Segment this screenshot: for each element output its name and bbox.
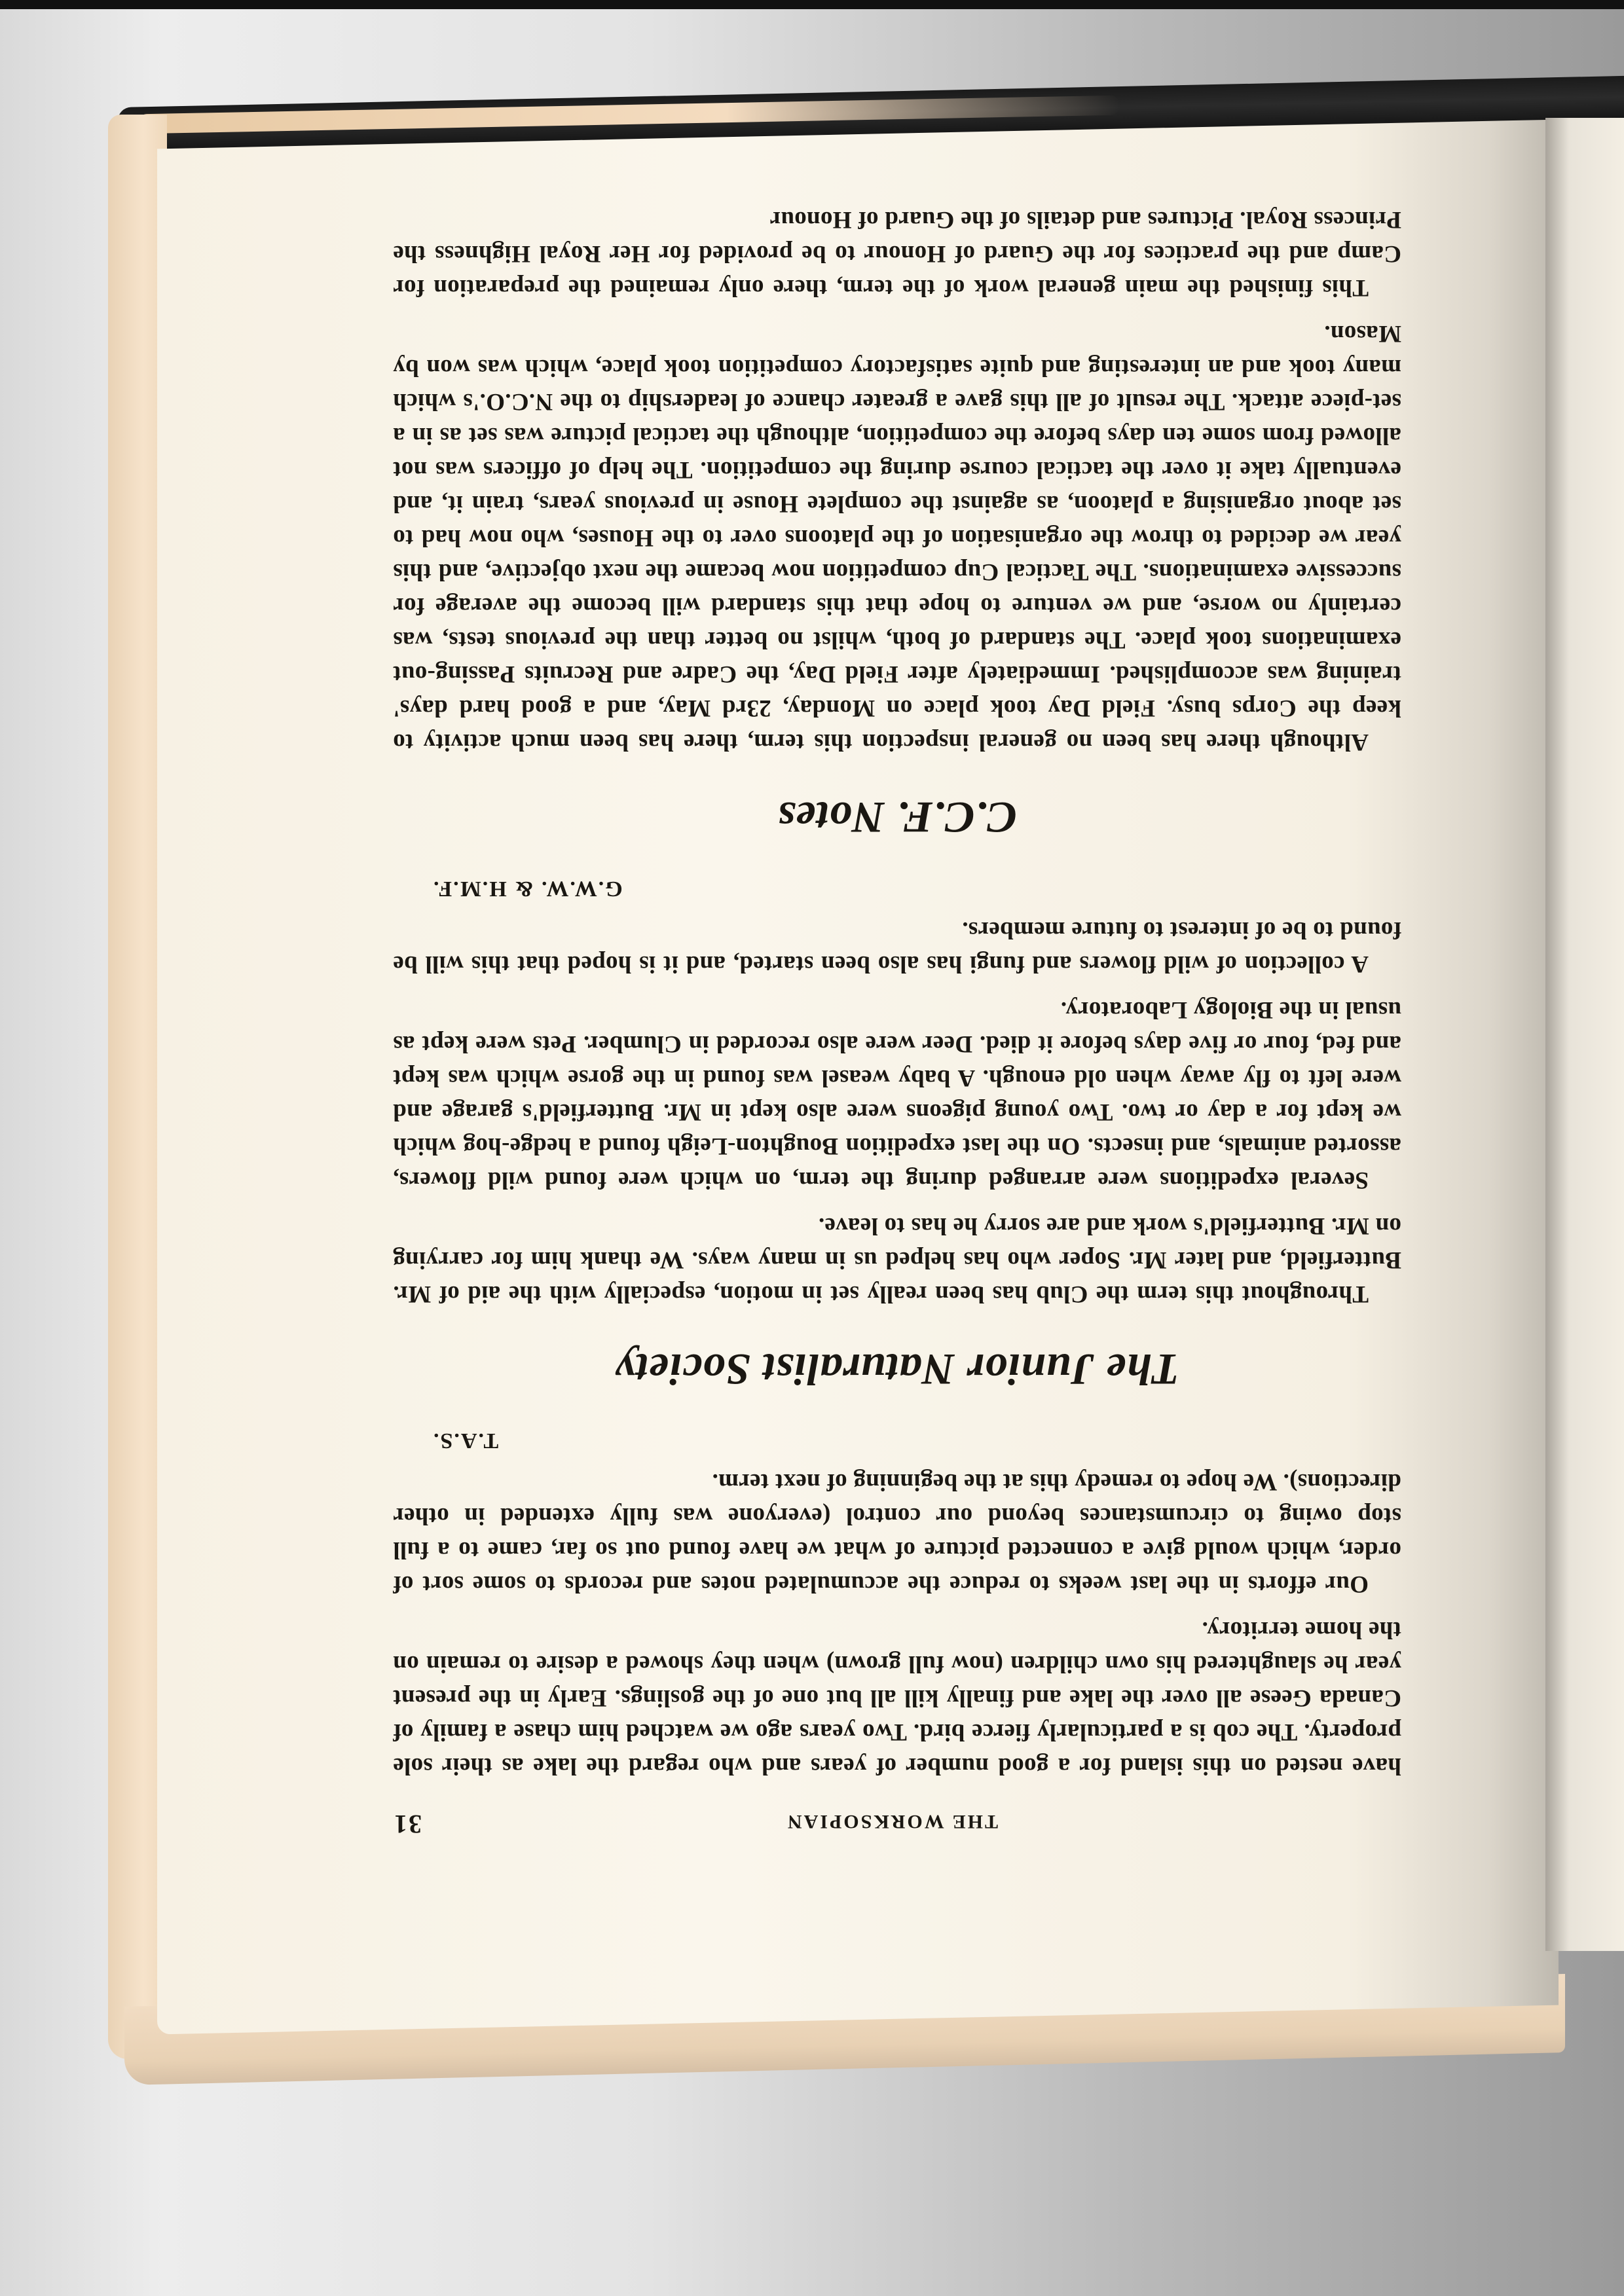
paragraph: Several expeditions were arranged during… [393, 993, 1401, 1197]
paragraph: Our efforts in the last weeks to reduce … [393, 1465, 1401, 1601]
scanner-lid-edge [0, 0, 1624, 9]
section-heading: The Junior Naturalist Society [393, 1343, 1401, 1395]
running-head: THE WORKSOPIAN 31 [393, 1809, 1401, 1840]
page-number: 31 [393, 1809, 422, 1840]
author-signature: T.A.S. [432, 1428, 1401, 1453]
ccf-notes-article: C.C.F. Notes Although there has been no … [393, 202, 1401, 843]
publication-title: THE WORKSOPIAN [786, 1810, 998, 1832]
paragraph: have nested on this island for a good nu… [393, 1613, 1401, 1783]
author-signature: G.W.W. & H.M.F. [432, 876, 1401, 901]
facing-page-gutter [1545, 118, 1624, 1951]
junior-naturalist-society-article: The Junior Naturalist Society Throughout… [393, 876, 1401, 1395]
paragraph: Throughout this term the Club has been r… [393, 1209, 1401, 1311]
page-text-rotated: THE WORKSOPIAN 31 have nested on this is… [393, 334, 1401, 1840]
paragraph: This finished the main general work of t… [393, 202, 1401, 304]
paragraph: Although there has been no general inspe… [393, 316, 1401, 759]
section-heading: C.C.F. Notes [393, 792, 1401, 843]
paragraph: A collection of wild flowers and fungi h… [393, 913, 1401, 981]
continued-article: have nested on this island for a good nu… [393, 1428, 1401, 1783]
